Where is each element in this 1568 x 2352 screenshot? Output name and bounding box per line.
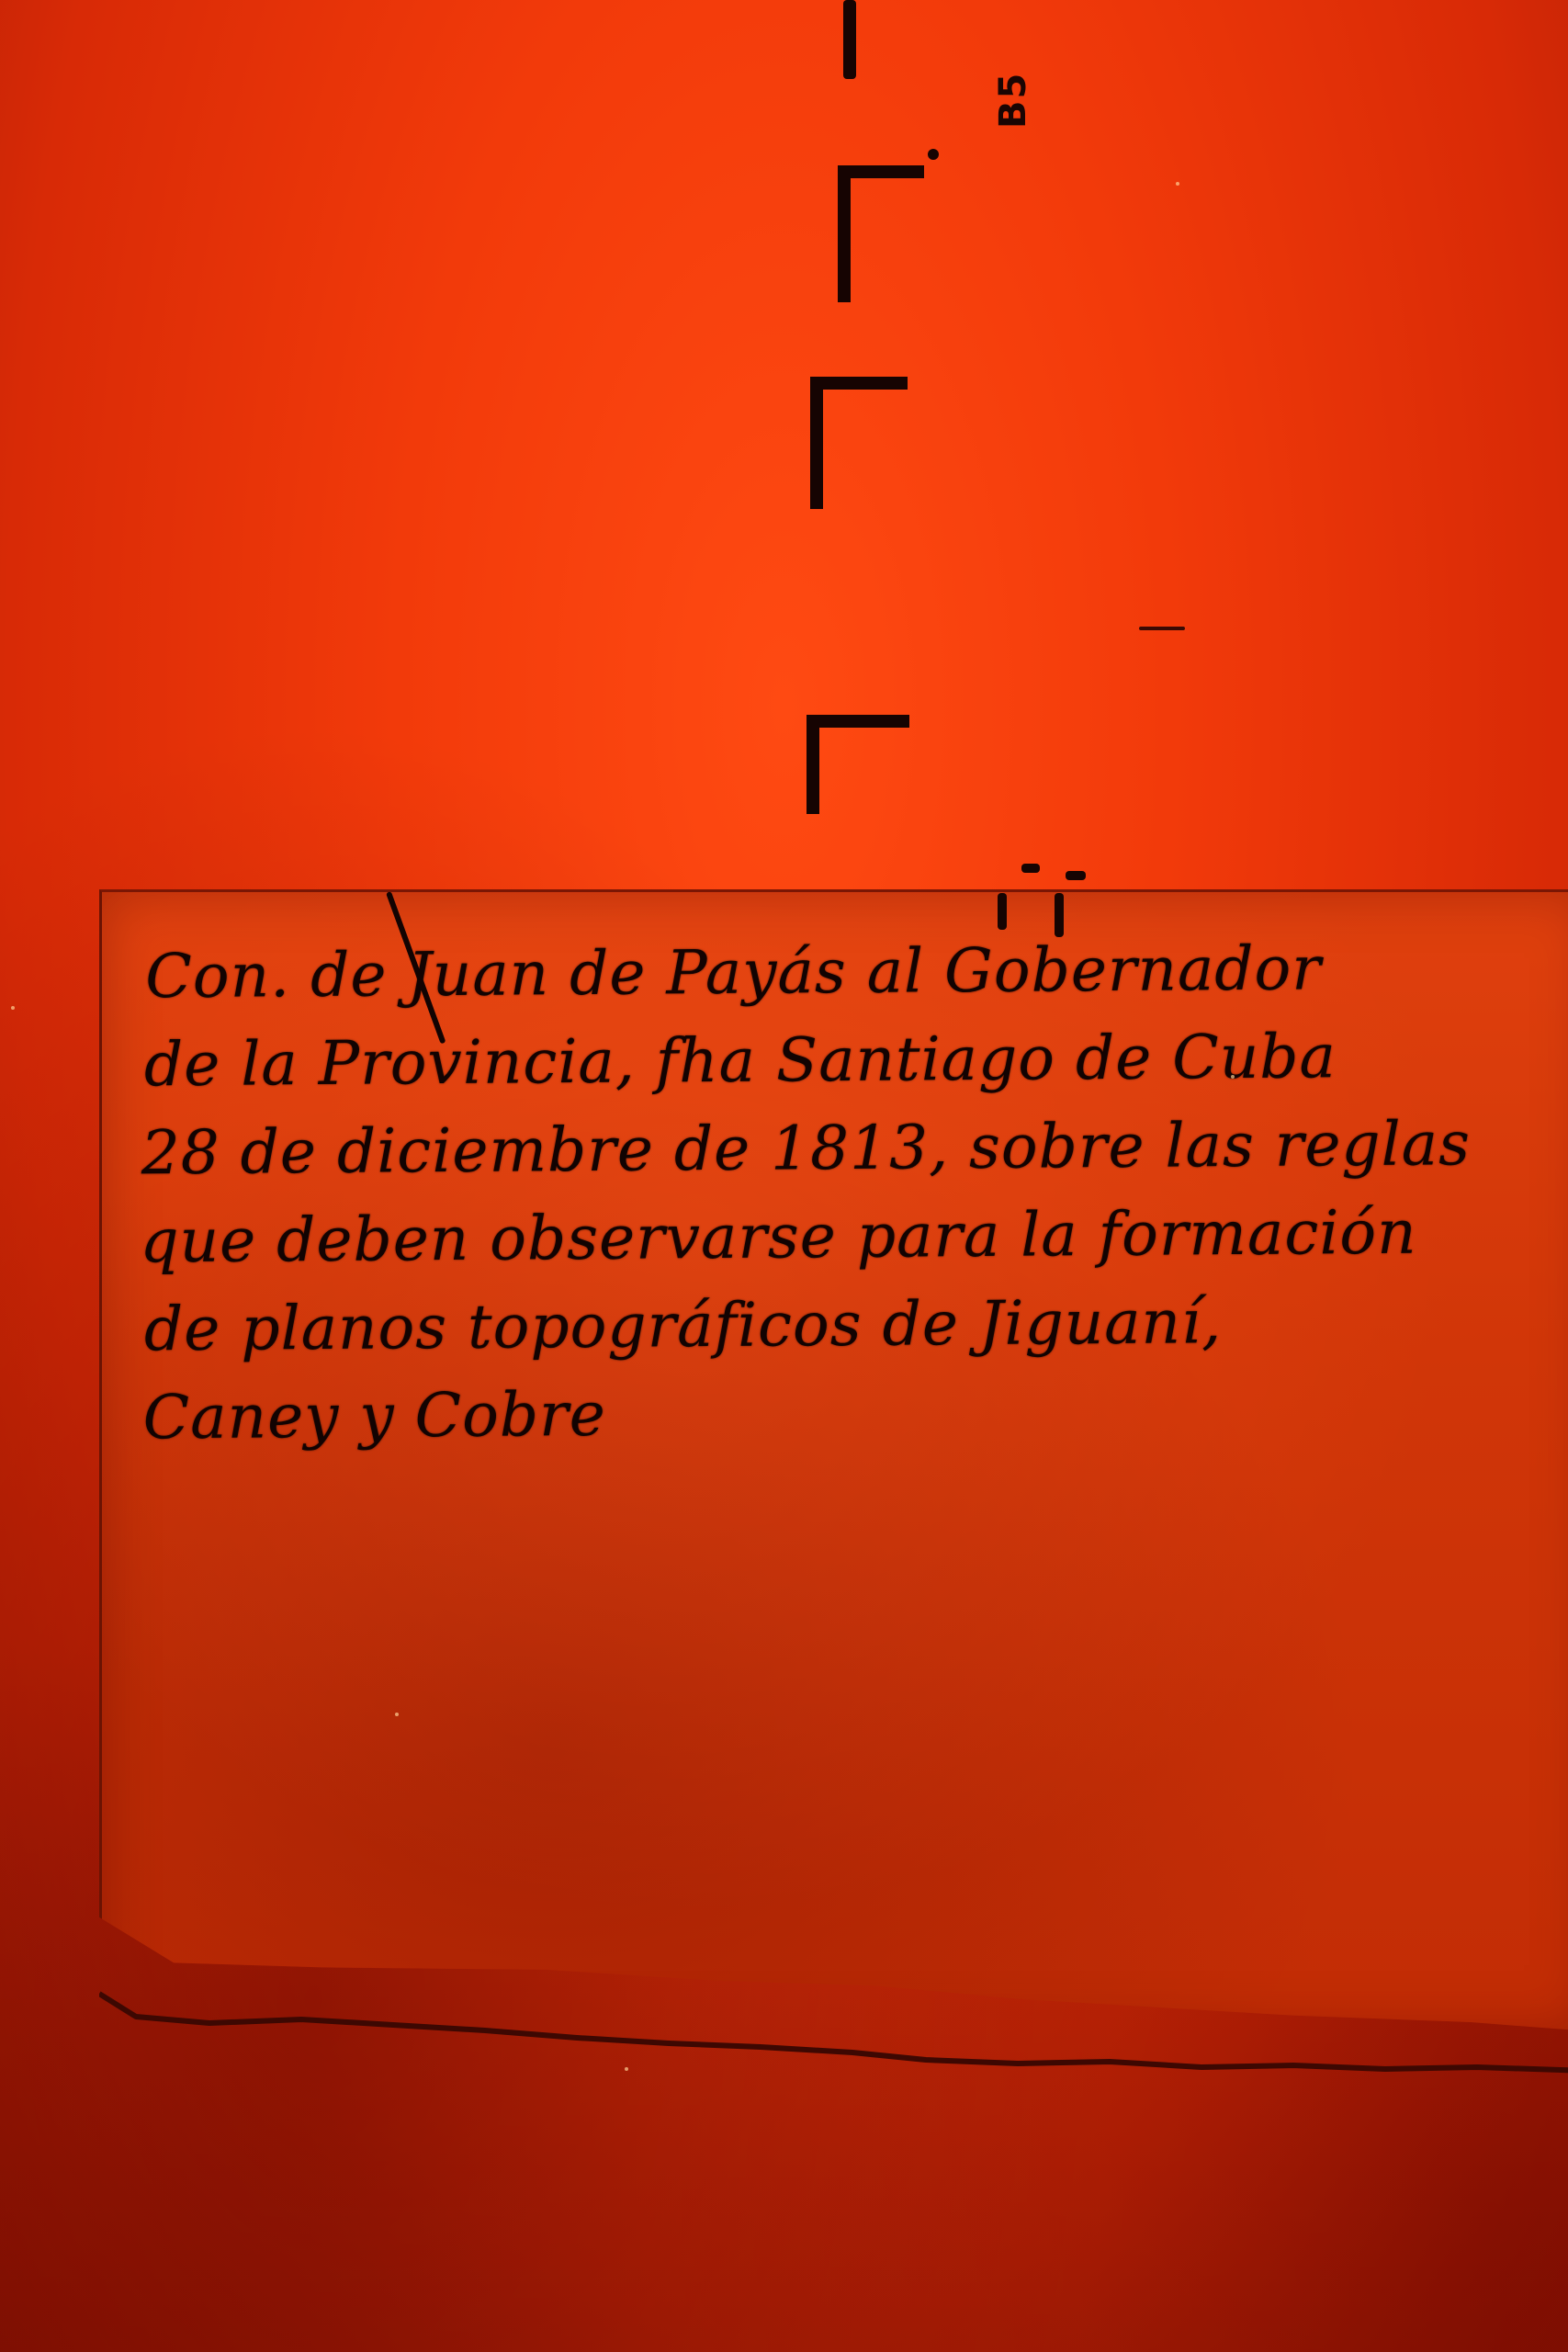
punch-mark xyxy=(998,893,1007,930)
handwritten-line: 28 de diciembre de 1813, sobre las regla… xyxy=(137,1100,1552,1198)
dust-speck xyxy=(395,1713,399,1716)
stray-mark xyxy=(1139,627,1185,630)
corner-mark-1 xyxy=(838,165,924,302)
box-label: B5 xyxy=(992,72,1034,129)
handwritten-text: Con. de Juan de Payás al Gobernador de l… xyxy=(136,923,1554,1463)
punch-mark xyxy=(1021,864,1040,873)
handwritten-line: Con. de Juan de Payás al Gobernador xyxy=(136,923,1551,1022)
dust-speck xyxy=(1231,1075,1235,1079)
stray-mark xyxy=(928,149,939,160)
dust-speck xyxy=(625,2067,628,2071)
dust-speck xyxy=(11,1006,15,1010)
handwritten-line: de planos topográficos de Jiguaní, xyxy=(139,1276,1554,1374)
handwritten-line: de la Provincia, fha Santiago de Cuba xyxy=(137,1012,1552,1110)
handwritten-line: que deben observarse para la formación xyxy=(138,1188,1553,1286)
registration-bar xyxy=(843,0,856,79)
handwritten-line: Caney y Cobre xyxy=(139,1364,1554,1463)
corner-mark-3 xyxy=(807,715,909,814)
dust-speck xyxy=(1176,182,1179,186)
corner-mark-2 xyxy=(810,377,908,509)
punch-mark xyxy=(1066,871,1086,880)
